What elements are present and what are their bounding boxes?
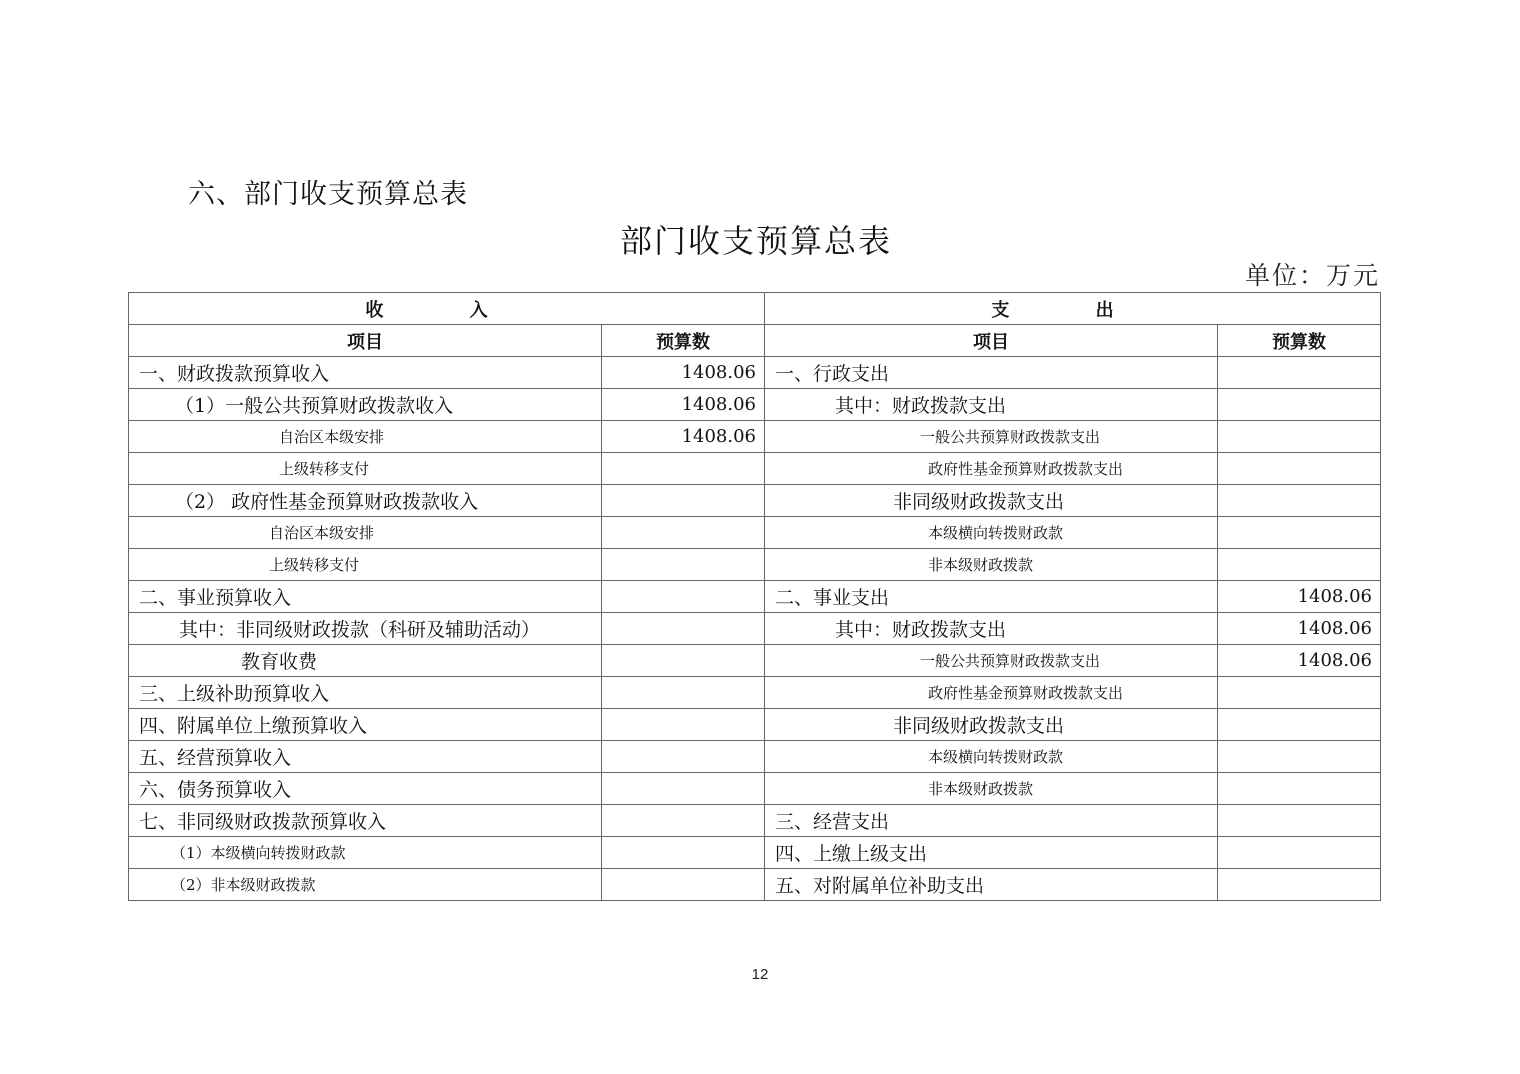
income-item: （1）一般公共预算财政拨款收入 [129,389,602,421]
table-row: 上级转移支付 非本级财政拨款 [129,549,1381,581]
income-item: 上级转移支付 [129,453,602,485]
expense-item: 五、对附属单位补助支出 [765,869,1218,901]
expense-item: 本级横向转拨财政款 [765,517,1218,549]
expense-amount [1218,837,1381,869]
expense-amount [1218,421,1381,453]
expense-amount [1218,773,1381,805]
expense-group-header: 支 出 [765,293,1381,325]
expense-amount [1218,389,1381,421]
income-amount [602,453,765,485]
income-amount: 1408.06 [602,389,765,421]
expense-item: 三、经营支出 [765,805,1218,837]
table-row: （2） 政府性基金预算财政拨款收入 非同级财政拨款支出 [129,485,1381,517]
income-item: （2） 政府性基金预算财政拨款收入 [129,485,602,517]
expense-amount [1218,485,1381,517]
expense-item: 一般公共预算财政拨款支出 [765,421,1218,453]
income-amount [602,677,765,709]
income-item: 二、事业预算收入 [129,581,602,613]
table-row: 三、上级补助预算收入 政府性基金预算财政拨款支出 [129,677,1381,709]
income-item: 七、非同级财政拨款预算收入 [129,805,602,837]
expense-header-label: 支 出 [991,300,1153,321]
income-item: 上级转移支付 [129,549,602,581]
expense-amount [1218,517,1381,549]
income-item: 自治区本级安排 [129,421,602,453]
table-row: 四、附属单位上缴预算收入 非同级财政拨款支出 [129,709,1381,741]
expense-amount [1218,549,1381,581]
expense-item: 非本级财政拨款 [765,549,1218,581]
expense-item: 其中：财政拨款支出 [765,613,1218,645]
income-amount [602,485,765,517]
unit-label: 单位：万元 [1245,256,1380,292]
expense-amount [1218,453,1381,485]
income-amount: 1408.06 [602,421,765,453]
expense-item-column-header: 项目 [765,325,1218,357]
expense-amount: 1408.06 [1218,613,1381,645]
expense-item: 其中：财政拨款支出 [765,389,1218,421]
table-row: 上级转移支付 政府性基金预算财政拨款支出 [129,453,1381,485]
table-row: 自治区本级安排 1408.06 一般公共预算财政拨款支出 [129,421,1381,453]
table-row: 二、事业预算收入 二、事业支出 1408.06 [129,581,1381,613]
expense-amount [1218,741,1381,773]
income-item: 一、财政拨款预算收入 [129,357,602,389]
expense-amount [1218,805,1381,837]
expense-amount: 1408.06 [1218,645,1381,677]
income-item-column-header: 项目 [129,325,602,357]
expense-amount [1218,869,1381,901]
income-amount [602,837,765,869]
income-item: （1）本级横向转拨财政款 [129,837,602,869]
section-heading: 六、部门收支预算总表 [188,172,468,211]
expense-item: 非同级财政拨款支出 [765,709,1218,741]
income-amount [602,741,765,773]
table-row: （1）本级横向转拨财政款 四、上缴上级支出 [129,837,1381,869]
table-row: （1）一般公共预算财政拨款收入 1408.06 其中：财政拨款支出 [129,389,1381,421]
table-group-header-row: 收 入 支 出 [129,293,1381,325]
income-item: 五、经营预算收入 [129,741,602,773]
income-amount [602,549,765,581]
expense-item: 一、行政支出 [765,357,1218,389]
expense-item: 本级横向转拨财政款 [765,741,1218,773]
table-row: 自治区本级安排 本级横向转拨财政款 [129,517,1381,549]
expense-amount-column-header: 预算数 [1218,325,1381,357]
income-item: 三、上级补助预算收入 [129,677,602,709]
income-amount [602,517,765,549]
budget-summary-table: 收 入 支 出 项目 预算数 项目 预算数 一、财政拨款预算收入 1408.06… [128,292,1381,901]
table-row: 七、非同级财政拨款预算收入 三、经营支出 [129,805,1381,837]
income-amount: 1408.06 [602,357,765,389]
table-row: 教育收费 一般公共预算财政拨款支出 1408.06 [129,645,1381,677]
income-amount [602,645,765,677]
income-item: 四、附属单位上缴预算收入 [129,709,602,741]
expense-item: 政府性基金预算财政拨款支出 [765,677,1218,709]
page-number: 12 [0,966,1520,983]
expense-item: 非本级财政拨款 [765,773,1218,805]
income-item: 教育收费 [129,645,602,677]
expense-amount [1218,709,1381,741]
expense-item: 政府性基金预算财政拨款支出 [765,453,1218,485]
income-item: （2）非本级财政拨款 [129,869,602,901]
income-item: 其中：非同级财政拨款（科研及辅助活动） [129,613,602,645]
income-header-label: 收 入 [365,300,527,321]
table-row: （2）非本级财政拨款 五、对附属单位补助支出 [129,869,1381,901]
table-row: 一、财政拨款预算收入 1408.06 一、行政支出 [129,357,1381,389]
income-amount [602,581,765,613]
expense-item: 四、上缴上级支出 [765,837,1218,869]
income-item: 六、债务预算收入 [129,773,602,805]
table-column-header-row: 项目 预算数 项目 预算数 [129,325,1381,357]
table-row: 五、经营预算收入 本级横向转拨财政款 [129,741,1381,773]
income-item: 自治区本级安排 [129,517,602,549]
income-amount [602,805,765,837]
table-row: 六、债务预算收入 非本级财政拨款 [129,773,1381,805]
expense-item: 二、事业支出 [765,581,1218,613]
expense-amount [1218,677,1381,709]
income-group-header: 收 入 [129,293,765,325]
expense-amount: 1408.06 [1218,581,1381,613]
income-amount [602,613,765,645]
table-row: 其中：非同级财政拨款（科研及辅助活动） 其中：财政拨款支出 1408.06 [129,613,1381,645]
income-amount [602,869,765,901]
expense-amount [1218,357,1381,389]
income-amount [602,709,765,741]
income-amount-column-header: 预算数 [602,325,765,357]
expense-item: 一般公共预算财政拨款支出 [765,645,1218,677]
income-amount [602,773,765,805]
expense-item: 非同级财政拨款支出 [765,485,1218,517]
